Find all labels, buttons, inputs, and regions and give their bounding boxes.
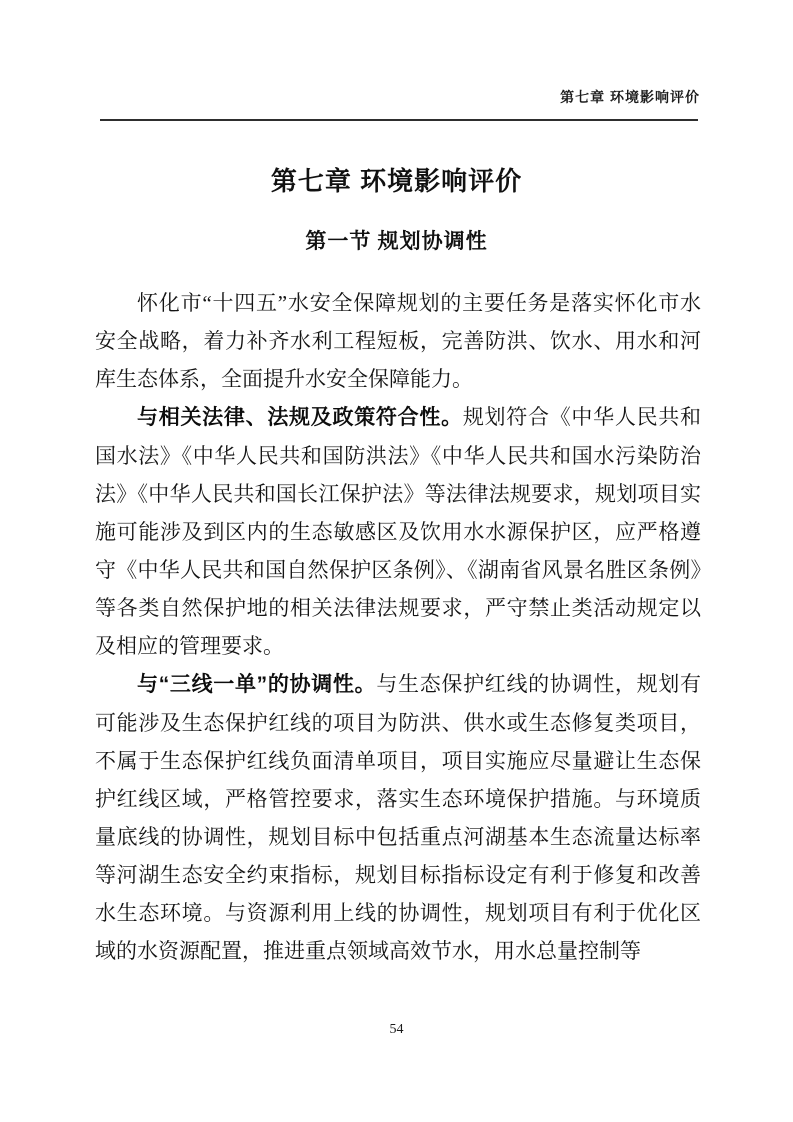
paragraph-text: 规划符合《中华人民共和国水法》《中华人民共和国防洪法》《中华人民共和国水污染防治… xyxy=(95,405,701,658)
document-body: 怀化市“十四五”水安全保障规划的主要任务是落实怀化市水安全战略，着力补齐水利工程… xyxy=(95,284,701,970)
paragraph: 怀化市“十四五”水安全保障规划的主要任务是落实怀化市水安全战略，着力补齐水利工程… xyxy=(95,284,701,398)
page-number: 54 xyxy=(390,1022,404,1037)
paragraph-text: 与生态保护红线的协调性，规划有可能涉及生态保护红线的项目为防洪、供水或生态修复类… xyxy=(95,672,701,963)
paragraph-bold-lead: 与相关法律、法规及政策符合性。 xyxy=(137,406,463,429)
running-header-text: 第七章 环境影响评价 xyxy=(560,89,700,105)
running-header: 第七章 环境影响评价 xyxy=(560,87,700,107)
paragraph-text: 怀化市“十四五”水安全保障规划的主要任务是落实怀化市水安全战略，着力补齐水利工程… xyxy=(95,291,701,391)
header-rule xyxy=(100,119,698,121)
section-title: 第一节 规划协调性 xyxy=(0,225,793,255)
document-page: 第七章 环境影响评价 第七章 环境影响评价 第一节 规划协调性 怀化市“十四五”… xyxy=(0,0,793,1122)
paragraph-bold-lead: 与“三线一单”的协调性。 xyxy=(137,673,376,696)
paragraph: 与相关法律、法规及政策符合性。规划符合《中华人民共和国水法》《中华人民共和国防洪… xyxy=(95,398,701,665)
page-footer: 54 xyxy=(0,1022,793,1038)
paragraph: 与“三线一单”的协调性。与生态保护红线的协调性，规划有可能涉及生态保护红线的项目… xyxy=(95,665,701,970)
chapter-title: 第七章 环境影响评价 xyxy=(0,161,793,198)
